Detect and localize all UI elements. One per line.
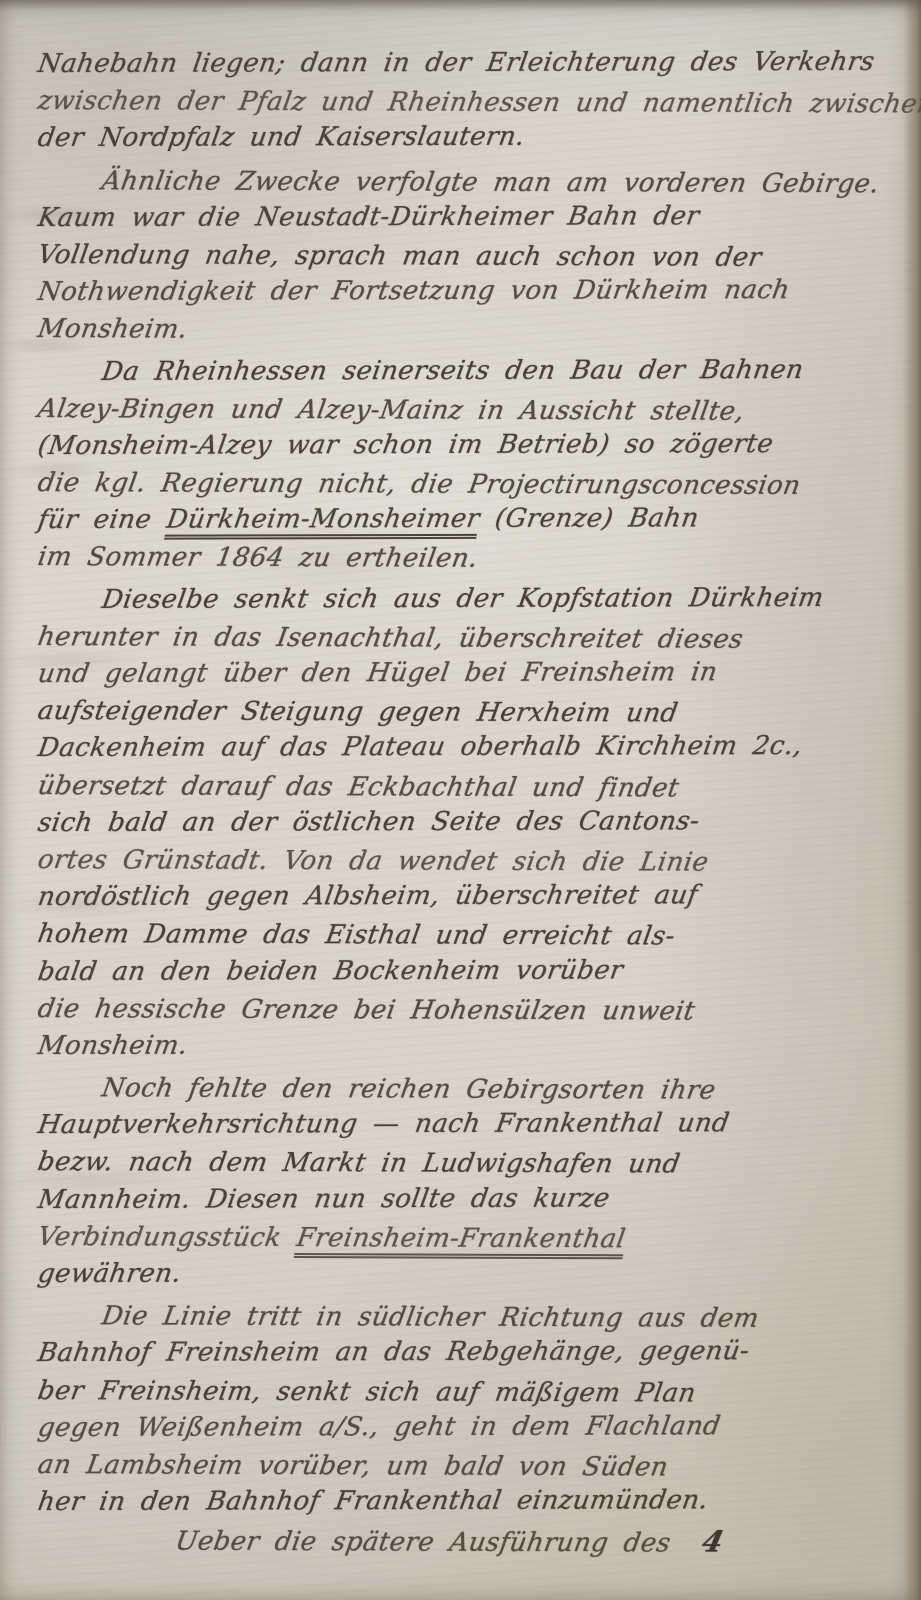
text-line: sich bald an der östlichen Seite des Can… xyxy=(35,802,914,841)
text-line: Dieselbe senkt sich aus der Kopfstation … xyxy=(35,579,914,618)
line-text: (Grenze) Bahn xyxy=(477,504,701,535)
text-line: nordöstlich gegen Albsheim, überschreite… xyxy=(35,877,914,916)
text-line: im Sommer 1864 zu ertheilen. xyxy=(35,539,913,580)
text-line: der Nordpfalz und Kaiserslautern. xyxy=(35,118,914,157)
text-line: bald an den beiden Bockenheim vorüber xyxy=(35,951,914,990)
handwritten-text-block: Nahebahn liegen; dann in der Erleichteru… xyxy=(38,46,911,1559)
text-line: gegen Weißenheim a/S., geht in dem Flach… xyxy=(35,1407,914,1446)
manuscript-page: Nahebahn liegen; dann in der Erleichteru… xyxy=(0,0,921,1600)
line-text: für eine xyxy=(36,505,169,535)
text-line: Monsheim. xyxy=(35,311,913,352)
text-line: Da Rheinhessen seinerseits den Bau der B… xyxy=(35,351,914,390)
text-line: hohem Damme das Eisthal und erreicht als… xyxy=(35,916,913,957)
text-line: für eine Dürkheim-Monsheimer (Grenze) Ba… xyxy=(35,500,914,539)
text-line: gewähren. xyxy=(35,1254,914,1293)
line-text: Verbindungsstück xyxy=(36,1222,300,1253)
line-text: Ueber die spätere Ausführung des xyxy=(173,1527,673,1559)
sheet-number: 4 xyxy=(698,1524,727,1561)
text-line: (Monsheim-Alzey war schon im Betrieb) so… xyxy=(35,426,914,465)
text-line: her in den Bahnhof Frankenthal einzumünd… xyxy=(35,1482,914,1521)
text-line: Ueber die spätere Ausführung des4 xyxy=(35,1521,913,1562)
text-line: Kaum war die Neustadt-Dürkheimer Bahn de… xyxy=(35,197,914,236)
text-line: bezw. nach dem Markt in Ludwigshafen und xyxy=(35,1144,913,1185)
underlined-phrase: Dürkheim-Monsheimer xyxy=(164,504,482,540)
text-line: Nothwendigkeit der Fortsetzung von Dürkh… xyxy=(35,272,914,311)
text-line: Mannheim. Diesen nun sollte das kurze xyxy=(35,1179,914,1218)
page-top-shadow xyxy=(0,0,921,10)
text-line: Hauptverkehrsrichtung — nach Frankenthal… xyxy=(35,1105,914,1144)
text-line: Bahnhof Freinsheim an das Rebgehänge, ge… xyxy=(35,1333,914,1372)
text-line: Dackenheim auf das Plateau oberhalb Kirc… xyxy=(35,728,914,767)
text-line: übersetzt darauf das Eckbachthal und fin… xyxy=(35,768,913,809)
text-line: Ähnliche Zwecke verfolgte man am vordere… xyxy=(35,163,913,204)
text-line: Monsheim. xyxy=(35,1026,914,1065)
text-line: und gelangt über den Hügel bei Freinshei… xyxy=(35,654,914,693)
text-line: Nahebahn liegen; dann in der Erleichteru… xyxy=(35,44,914,83)
text-line: ber Freinsheim, senkt sich auf mäßigem P… xyxy=(35,1373,913,1414)
